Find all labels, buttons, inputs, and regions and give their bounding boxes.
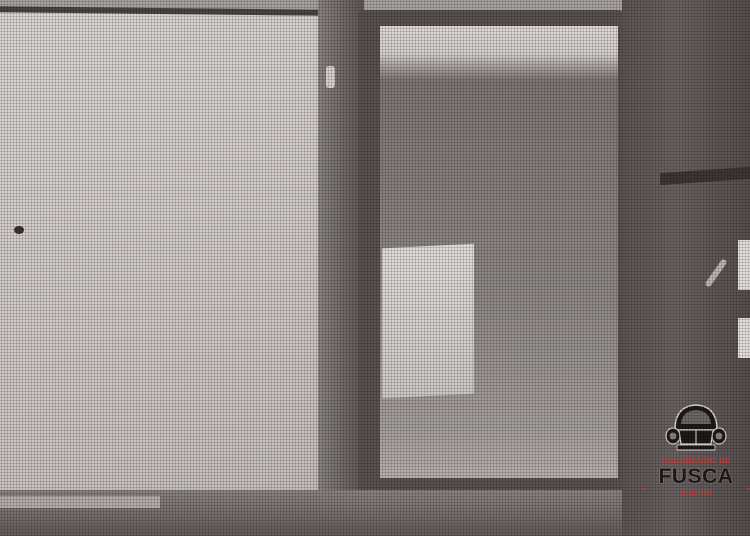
watermark-line-bottom: & AFINS <box>648 488 744 498</box>
watermark-logo: CALENDÁRIO DE FUSCA & AFINS • • <box>648 400 744 498</box>
latch <box>326 66 335 88</box>
watermark-line-main: FUSCA <box>648 466 744 488</box>
left-open-panel <box>0 6 324 501</box>
floor-strip <box>0 496 160 508</box>
reflected-panel <box>382 244 474 399</box>
door-tab <box>738 318 750 358</box>
door-tab <box>738 240 750 290</box>
watermark-dot: • <box>642 484 645 494</box>
panel-hole <box>14 226 24 234</box>
photo-scene: CALENDÁRIO DE FUSCA & AFINS • • <box>0 0 750 536</box>
beetle-car-front-icon <box>665 400 727 452</box>
